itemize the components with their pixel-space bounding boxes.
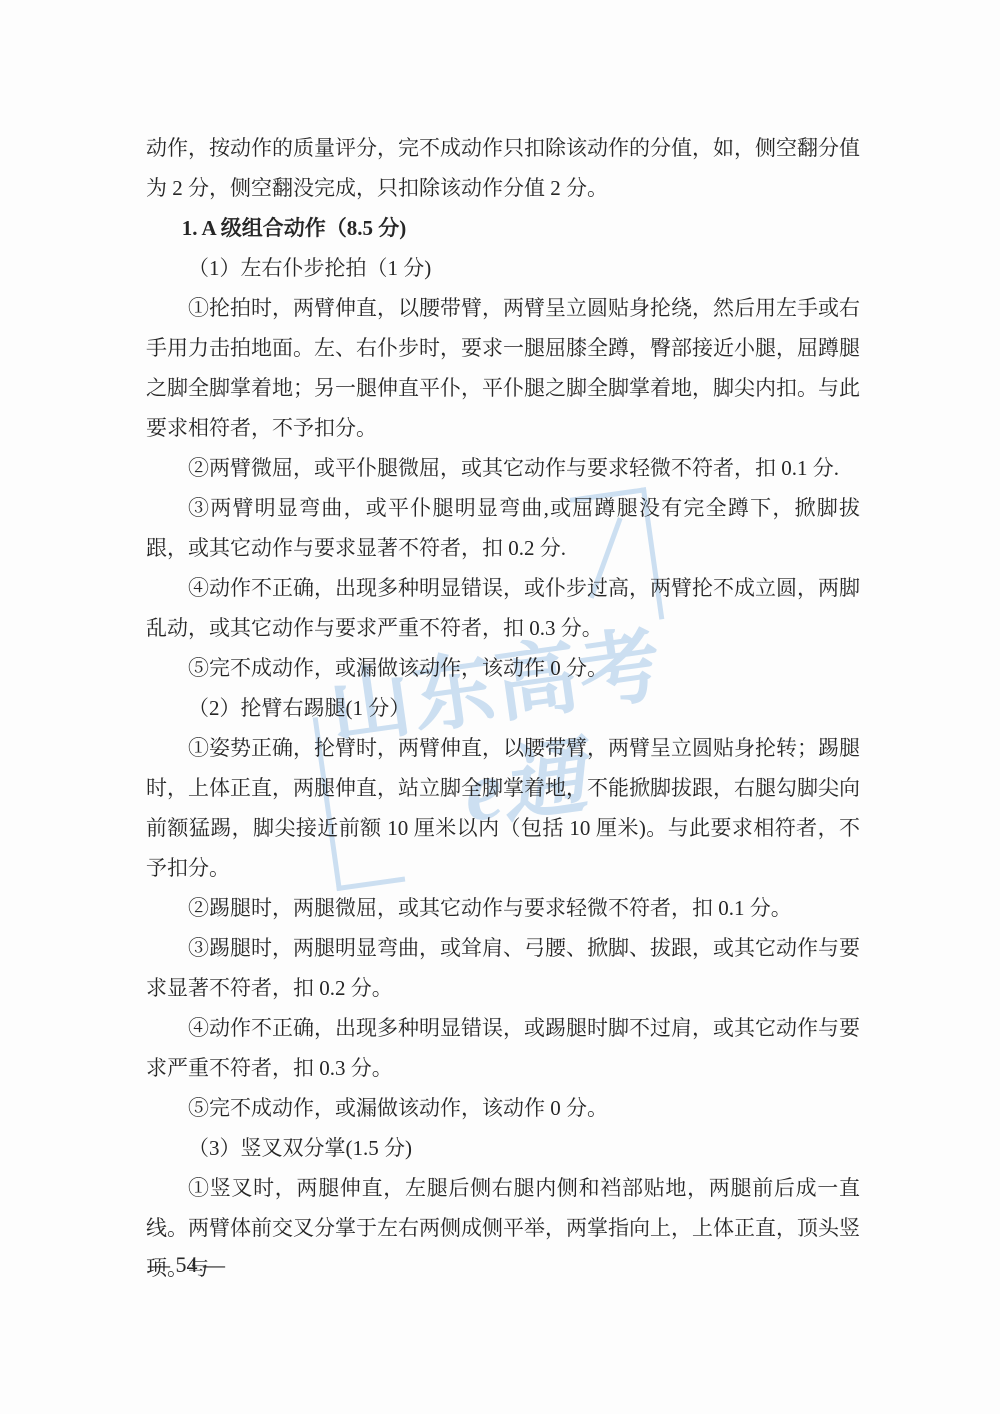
paragraph: ②两臂微屈，或平仆腿微屈，或其它动作与要求轻微不符者，扣 0.1 分.: [146, 448, 860, 488]
page-number: — 54 —: [148, 1252, 225, 1278]
document-body: 动作，按动作的质量评分，完不成动作只扣除该动作的分值，如，侧空翻分值为 2 分，…: [146, 128, 860, 1288]
paragraph: （1）左右仆步抡拍（1 分): [146, 248, 860, 288]
document-page: 山东高考 e通 动作，按动作的质量评分，完不成动作只扣除该动作的分值，如，侧空翻…: [0, 0, 1000, 1414]
paragraph: ③两臂明显弯曲，或平仆腿明显弯曲,或屈蹲腿没有完全蹲下，掀脚拔跟，或其它动作与要…: [146, 488, 860, 568]
paragraph: ①竖叉时，两腿伸直，左腿后侧右腿内侧和裆部贴地，两腿前后成一直线。两臂体前交叉分…: [146, 1168, 860, 1288]
paragraph: ⑤完不成动作，或漏做该动作，该动作 0 分。: [146, 648, 860, 688]
paragraph: ⑤完不成动作，或漏做该动作，该动作 0 分。: [146, 1088, 860, 1128]
paragraph: ①姿势正确，抡臂时，两臂伸直，以腰带臂，两臂呈立圆贴身抡转；踢腿时，上体正直，两…: [146, 728, 860, 888]
paragraph: （2）抡臂右踢腿(1 分）: [146, 688, 860, 728]
paragraph: ④动作不正确，出现多种明显错误，或踢腿时脚不过肩，或其它动作与要求严重不符者，扣…: [146, 1008, 860, 1088]
paragraph: ②踢腿时，两腿微屈，或其它动作与要求轻微不符者，扣 0.1 分。: [146, 888, 860, 928]
paragraph: 1. A 级组合动作（8.5 分): [146, 208, 860, 248]
paragraph: ③踢腿时，两腿明显弯曲，或耸肩、弓腰、掀脚、拔跟，或其它动作与要求显著不符者，扣…: [146, 928, 860, 1008]
paragraph: ④动作不正确，出现多种明显错误，或仆步过高，两臂抡不成立圆，两脚乱动，或其它动作…: [146, 568, 860, 648]
paragraph: 动作，按动作的质量评分，完不成动作只扣除该动作的分值，如，侧空翻分值为 2 分，…: [146, 128, 860, 208]
paragraph: ①抡拍时，两臂伸直，以腰带臂，两臂呈立圆贴身抡绕，然后用左手或右手用力击拍地面。…: [146, 288, 860, 448]
paragraph: （3）竖叉双分掌(1.5 分): [146, 1128, 860, 1168]
